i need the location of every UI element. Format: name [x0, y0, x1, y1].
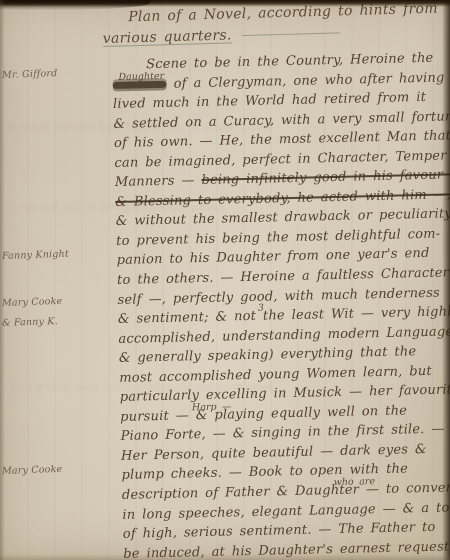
- paper-edge-left: [0, 0, 5, 560]
- inserted-word: who are: [334, 472, 376, 492]
- margin-note: Fanny Knight: [2, 247, 112, 262]
- margin-note: Mary Cooke: [2, 462, 112, 477]
- paper-edge-right: [442, 0, 450, 560]
- paper-edge-top: [0, 0, 450, 7]
- ink-blot-deletion: [113, 80, 167, 88]
- inserted-word: Harp —: [192, 397, 232, 417]
- manuscript-page: lived much in the World had retired from…: [0, 0, 450, 560]
- margin-note: Mr. Gifford: [2, 66, 112, 81]
- margin-note-label: Mr. Gifford: [2, 68, 58, 81]
- manuscript-body: Scene to be in the Country, Heroine theD…: [112, 48, 450, 560]
- body-text: Manners —: [115, 173, 202, 190]
- margin-note: & Fanny K.: [2, 314, 112, 329]
- margin-note-label: Fanny Knight: [2, 249, 69, 262]
- paper-edge-bottom: [0, 554, 450, 560]
- margin-note: Mary Cooke: [2, 294, 112, 309]
- margin-note-label: Mary Cooke: [2, 464, 63, 477]
- margin-note-label: Mary Cooke: [2, 296, 63, 309]
- inserted-word: 3: [258, 299, 264, 319]
- margin-note-label: & Fanny K.: [2, 316, 58, 329]
